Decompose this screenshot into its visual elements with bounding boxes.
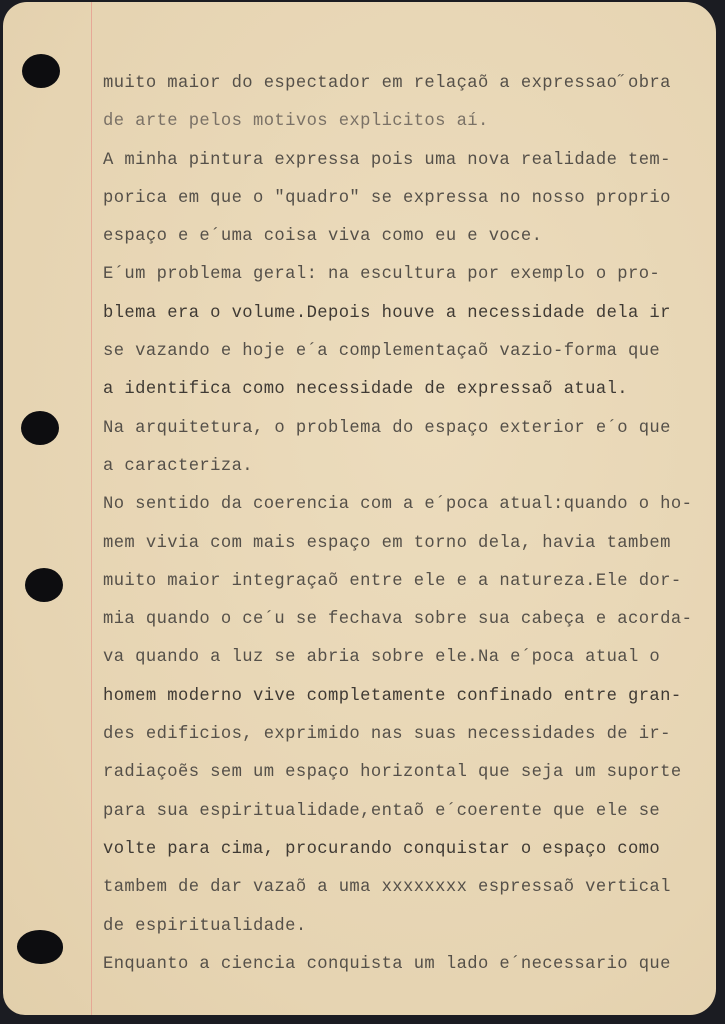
text-line: tambem de dar vazaõ a uma xxxxxxxx espre…	[103, 872, 723, 910]
text-line: Enquanto a ciencia conquista um lado e´n…	[103, 949, 723, 987]
punch-hole	[17, 930, 63, 964]
text-line: de arte pelos motivos explicitos aí.	[103, 106, 723, 144]
text-line: muito maior integraçaõ entre ele e a nat…	[103, 566, 723, 604]
text-line: Na arquitetura, o problema do espaço ext…	[103, 413, 723, 451]
typed-text-body: muito maior do espectador em relaçaõ a e…	[103, 68, 723, 987]
text-line: radiaçoẽs sem um espaço horizontal que s…	[103, 757, 723, 795]
text-line: blema era o volume.Depois houve a necess…	[103, 298, 723, 336]
text-line: porica em que o "quadro" se expressa no …	[103, 183, 723, 221]
punch-hole	[25, 568, 63, 602]
text-line: E´um problema geral: na escultura por ex…	[103, 259, 723, 297]
text-line: a caracteriza.	[103, 451, 723, 489]
punch-hole	[21, 411, 59, 445]
text-line: para sua espiritualidade,entaõ e´coerent…	[103, 796, 723, 834]
text-line: de espiritualidade.	[103, 911, 723, 949]
text-line: No sentido da coerencia com a e´poca atu…	[103, 489, 723, 527]
text-line: A minha pintura expressa pois uma nova r…	[103, 145, 723, 183]
punch-hole	[22, 54, 60, 88]
text-line: a identifica como necessidade de express…	[103, 374, 723, 412]
text-line: espaço e e´uma coisa viva como eu e voce…	[103, 221, 723, 259]
text-line: muito maior do espectador em relaçaõ a e…	[103, 68, 723, 106]
margin-rule	[91, 2, 92, 1015]
text-line: homem moderno vive completamente confina…	[103, 681, 723, 719]
text-line: mem vivia com mais espaço em torno dela,…	[103, 528, 723, 566]
text-line: va quando a luz se abria sobre ele.Na e´…	[103, 642, 723, 680]
text-line: volte para cima, procurando conquistar o…	[103, 834, 723, 872]
text-line: mia quando o ce´u se fechava sobre sua c…	[103, 604, 723, 642]
text-line: des edificios, exprimido nas suas necess…	[103, 719, 723, 757]
text-line: se vazando e hoje e´a complementaçaõ vaz…	[103, 336, 723, 374]
